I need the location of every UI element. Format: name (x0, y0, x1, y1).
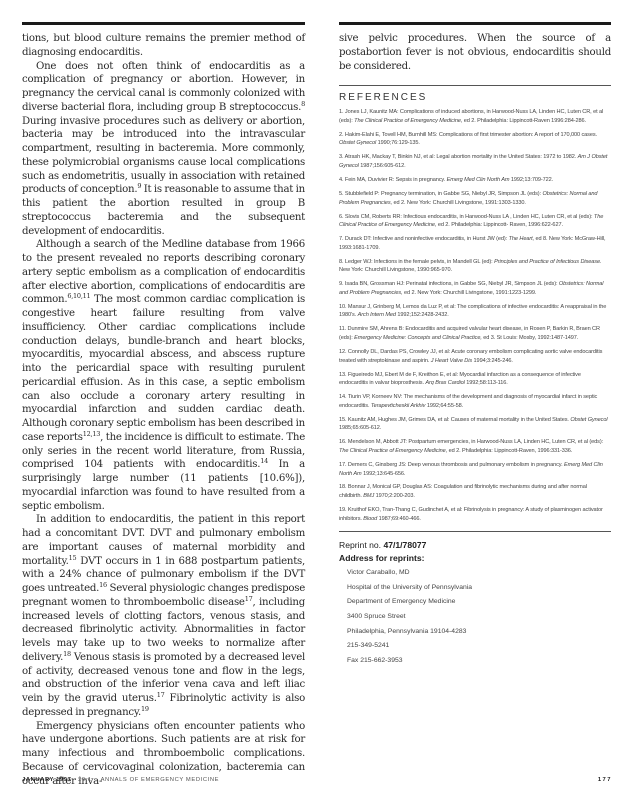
article-body-right: sive pelvic procedures. When the source … (339, 32, 611, 73)
reference-item: 2. Hakim-Elahi E, Tovell HM, Burnhill MS… (339, 131, 611, 148)
citation-superscript: 14 (260, 457, 268, 465)
reference-item: 11. Dunmire SM, Ahrens B: Endocarditis a… (339, 325, 611, 342)
left-column: tions, but blood culture remains the pre… (22, 22, 305, 788)
body-paragraph: In addition to endocarditis, the patient… (22, 513, 305, 719)
body-paragraph: Although a search of the Medline databas… (22, 238, 305, 513)
reprint-block: Reprint no. 47/1/78077 Address for repri… (339, 540, 611, 668)
citation-superscript: 17 (245, 595, 253, 603)
footer-date: JANUARY 1997 (22, 777, 71, 783)
reference-item: 15. Kaunitz AM, Hughes JM, Grimes DA, et… (339, 416, 611, 433)
address-line: Victor Caraballo, MD (347, 566, 611, 581)
body-paragraph: One does not often think of endocarditis… (22, 60, 305, 239)
reference-item: 16. Mendelson M, Abbott JT: Postpartum e… (339, 438, 611, 455)
top-rule-right (339, 22, 611, 25)
page-number: 177 (598, 777, 612, 783)
citation-superscript: 15 (69, 554, 77, 562)
reference-item: 12. Connolly DL, Dardas PS, Crowley JJ, … (339, 348, 611, 365)
reference-item: 4. Fein MA, Duvivier R: Sepsis in pregna… (339, 176, 611, 185)
body-paragraph: tions, but blood culture remains the pre… (22, 32, 305, 60)
references-list: 1. Jones LJ, Kaunitz MA: Complications o… (339, 108, 611, 523)
address-line: Fax 215-662-3953 (347, 654, 611, 669)
reference-item: 8. Ledger WJ: Infections in the female p… (339, 258, 611, 275)
citation-superscript: 19 (141, 705, 149, 713)
citation-superscript: 18 (63, 650, 71, 658)
citation-superscript: 16 (99, 581, 107, 589)
reference-item: 3. Atrash HK, Mackay T, Binkin NJ, et al… (339, 153, 611, 170)
reprint-label: Reprint no. (339, 540, 383, 550)
citation-superscript: 9 (137, 182, 141, 190)
reference-item: 18. Bonnar J, Monical GP, Douglas AS: Co… (339, 483, 611, 500)
top-rule-left (22, 22, 305, 25)
address-line: Philadelphia, Pennsylvania 19104-4283 (347, 625, 611, 640)
reference-item: 9. Isada BN, Grossman HJ: Perinatal infe… (339, 280, 611, 297)
reference-item: 14. Tiurin VP, Korneev NV: The mechanism… (339, 393, 611, 410)
reference-item: 6. Slovis CM, Roberts RR: Infectious end… (339, 213, 611, 230)
citation-superscript: 8 (301, 100, 305, 108)
reference-item: 1. Jones LJ, Kaunitz MA: Complications o… (339, 108, 611, 125)
address-line: Department of Emergency Medicine (347, 595, 611, 610)
address-line: 215-349-5241 (347, 639, 611, 654)
reference-item: 17. Demers C, Ginsberg JS: Deep venous t… (339, 461, 611, 478)
reference-item: 13. Figueiredo MJ, Ebert M de F, Kreitho… (339, 371, 611, 388)
reprint-number-line: Reprint no. 47/1/78077 (339, 540, 611, 550)
footer-journal: ANNALS OF EMERGENCY MEDICINE (101, 777, 219, 783)
citation-superscript: 6,10,11 (67, 292, 90, 300)
reprint-number: 47/1/78077 (383, 540, 426, 550)
reference-item: 7. Durack DT: Infective and noninfective… (339, 235, 611, 252)
reprint-address: Victor Caraballo, MDHospital of the Univ… (339, 566, 611, 668)
address-label: Address for reprints: (339, 553, 611, 563)
reprint-divider (339, 531, 611, 532)
right-column: sive pelvic procedures. When the source … (339, 22, 611, 668)
footer-volume: 29:1 (78, 777, 92, 783)
references-heading: REFERENCES (339, 92, 611, 103)
address-line: Hospital of the University of Pennsylvan… (347, 581, 611, 596)
reference-item: 19. Kruithof EKO, Tran-Thang C, Gudinche… (339, 506, 611, 523)
address-line: 3400 Spruce Street (347, 610, 611, 625)
page-footer: JANUARY 1997 29:1 ANNALS OF EMERGENCY ME… (22, 777, 612, 783)
references-divider (339, 85, 611, 86)
article-body-left: tions, but blood culture remains the pre… (22, 32, 305, 788)
citation-superscript: 12,13 (83, 430, 100, 438)
citation-superscript: 17 (157, 691, 165, 699)
reference-item: 5. Stubblefield P: Pregnancy termination… (339, 190, 611, 207)
reference-item: 10. Mansur J, Grinberg M, Lemos da Luz P… (339, 303, 611, 320)
conclusion-paragraph: sive pelvic procedures. When the source … (339, 32, 611, 73)
